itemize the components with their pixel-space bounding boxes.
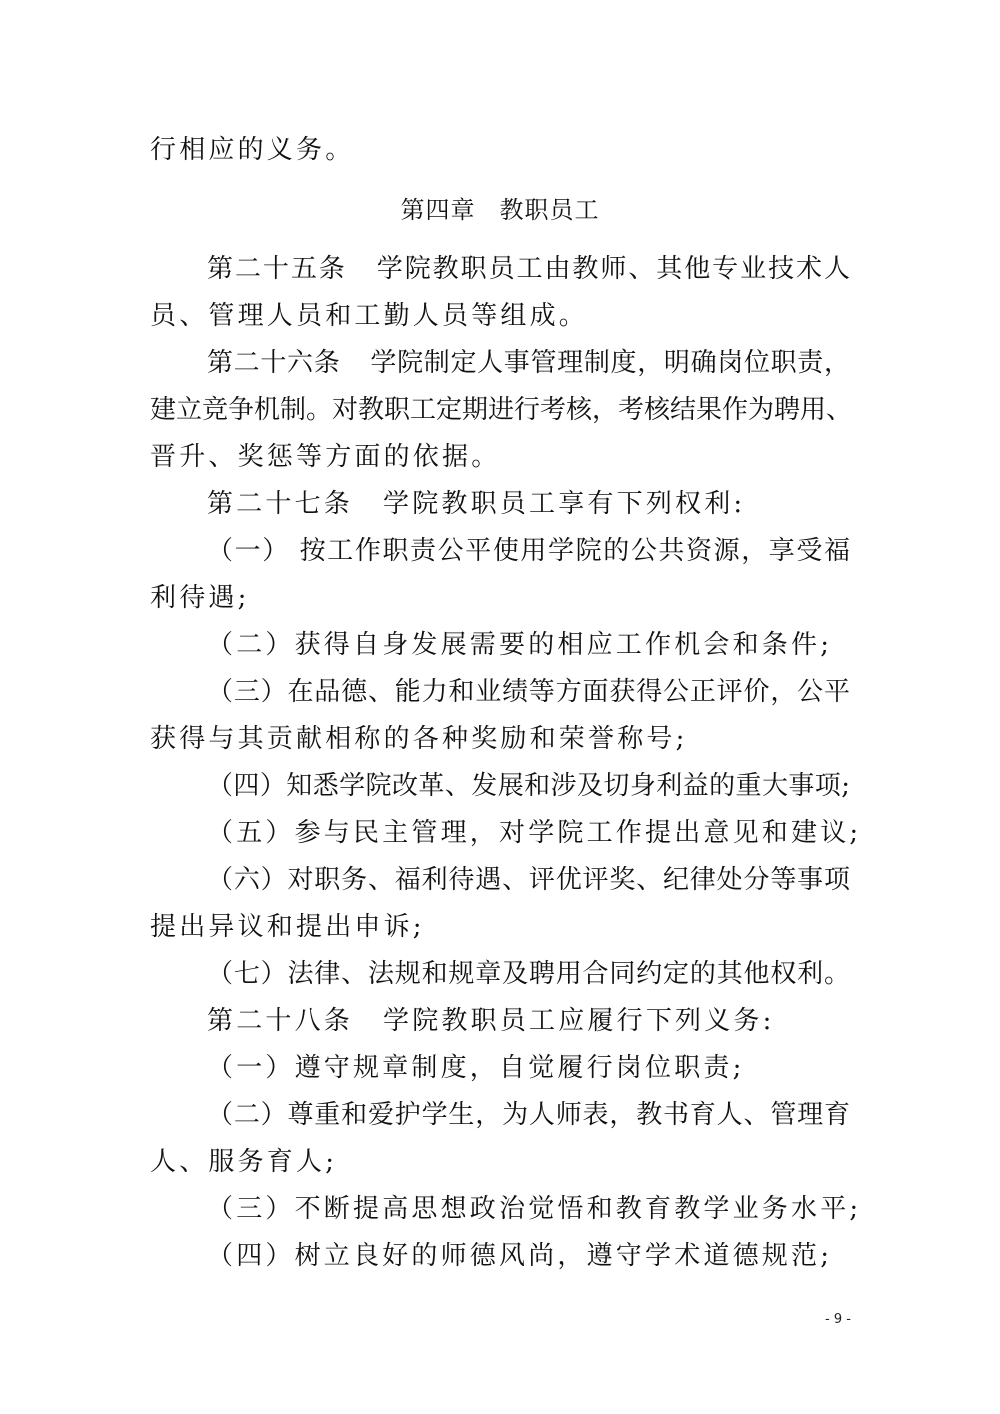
article-27-item-4: （四）知悉学院改革、发展和涉及切身利益的重大事项; xyxy=(207,763,850,810)
article-27-item-3-line-2: 获得与其贡献相称的各种奖励和荣誉称号; xyxy=(150,716,850,763)
article-27-item-5: （五）参与民主管理，对学院工作提出意见和建议; xyxy=(207,810,850,857)
article-28-item-3: （三）不断提高思想政治觉悟和教育教学业务水平; xyxy=(207,1186,850,1233)
article-label: 第二十六条 xyxy=(207,348,340,378)
chapter-heading: 第四章教职员工 xyxy=(0,187,1000,234)
article-28-item-1: （一）遵守规章制度，自觉履行岗位职责; xyxy=(207,1045,850,1092)
article-27-item-7: （七）法律、法规和规章及聘用合同约定的其他权利。 xyxy=(207,951,850,998)
chapter-title: 教职员工 xyxy=(500,196,600,224)
article-text: 学院教职员工应履行下列义务: xyxy=(383,1006,775,1036)
article-label: 第二十五条 xyxy=(207,254,347,284)
article-text: 学院教职员工享有下列权利: xyxy=(383,489,745,519)
page-number: - 9 - xyxy=(820,1312,856,1327)
article-label: 第二十七条 xyxy=(207,489,353,519)
article-27-line-1: 第二十七条学院教职员工享有下列权利: xyxy=(207,481,850,528)
article-27-item-6-line-2: 提出异议和提出申诉; xyxy=(150,904,850,951)
article-28-item-2-line-1: （二）尊重和爱护学生，为人师表，教书育人、管理育 xyxy=(207,1092,850,1139)
article-28-item-2-line-2: 人、服务育人; xyxy=(150,1139,850,1186)
article-25-line-1: 第二十五条学院教职员工由教师、其他专业技术人 xyxy=(207,246,850,293)
article-28-line-1: 第二十八条学院教职员工应履行下列义务: xyxy=(207,998,850,1045)
article-27-item-3-line-1: （三）在品德、能力和业绩等方面获得公正评价，公平 xyxy=(207,669,850,716)
article-27-item-6-line-1: （六）对职务、福利待遇、评优评奖、纪律处分等事项 xyxy=(207,857,850,904)
article-27-item-1-line-1: （一） 按工作职责公平使用学院的公共资源，享受福 xyxy=(207,528,850,575)
article-26-line-1: 第二十六条学院制定人事管理制度，明确岗位职责， xyxy=(207,340,850,387)
article-text: 学院制定人事管理制度，明确岗位职责， xyxy=(370,348,850,378)
continuation-text: 行相应的义务。 xyxy=(150,127,850,174)
article-26-line-2: 建立竞争机制。对教职工定期进行考核，考核结果作为聘用、 xyxy=(150,387,850,434)
article-text: 学院教职员工由教师、其他专业技术人 xyxy=(377,254,850,284)
article-label: 第二十八条 xyxy=(207,1006,353,1036)
article-28-item-4: （四）树立良好的师德风尚，遵守学术道德规范; xyxy=(207,1233,850,1280)
document-page: 行相应的义务。 第四章教职员工 第二十五条学院教职员工由教师、其他专业技术人 员… xyxy=(0,0,1000,1414)
chapter-number: 第四章 xyxy=(401,196,476,224)
article-27-item-2: （二）获得自身发展需要的相应工作机会和条件; xyxy=(207,622,850,669)
article-25-line-2: 员、管理人员和工勤人员等组成。 xyxy=(150,293,850,340)
article-27-item-1-line-2: 利待遇; xyxy=(150,575,850,622)
article-26-line-3: 晋升、奖惩等方面的依据。 xyxy=(150,434,850,481)
